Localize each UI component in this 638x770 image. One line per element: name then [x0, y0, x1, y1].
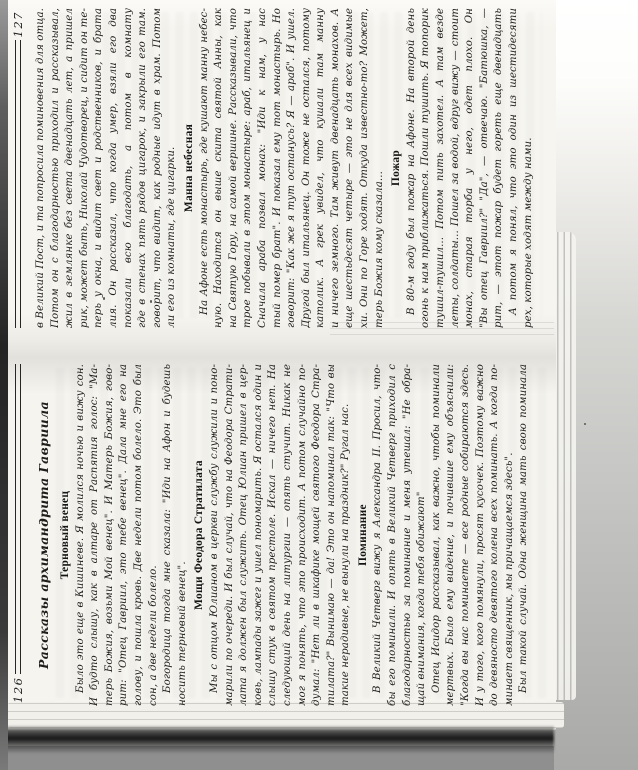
text-line: терь Божия, возьми Мой венец". И Матерь … [103, 364, 118, 706]
text-line: сон, а две недели болело. [147, 364, 162, 706]
text-line: мог я понять, что это происходит. А пото… [296, 364, 311, 706]
text-line: лия. Он рассказал, что когда умер, взяли… [107, 8, 122, 328]
text-line: Богородица тогда мне сказала: "Иди на Аф… [161, 364, 176, 706]
section-heading: Поминание [356, 364, 371, 706]
text-line: рит, — этот пожар будет гореть еще двена… [492, 8, 507, 328]
text-line: терь Божия кому сказала... [373, 8, 388, 328]
text-line: марили по очереди. И был случай, что на … [223, 364, 238, 706]
text-line: Другой был итальянец. Он тоже не остался… [300, 8, 315, 328]
text-line: рит: "Отец Гавриил, это тебе венец". Дал… [117, 364, 132, 706]
text-line: Был такой случай. Одна женщина мать свою… [517, 364, 532, 706]
text-line: до девяносто девятого колена всех помина… [488, 364, 503, 706]
text-line: в Великий Пост, и та попросила поминовен… [34, 8, 49, 328]
page-126: 126Рассказы архимандрита ГавриилаТерновы… [10, 364, 532, 706]
book-spread: 126Рассказы архимандрита ГавриилаТерновы… [0, 0, 638, 770]
text-line: И будто слышу, как в алтаре от Распятия … [88, 364, 103, 706]
section-heading: Мощи Феодора Стратилата [192, 364, 207, 706]
text-line: ную. Находится он выше скита святой Анны… [212, 8, 227, 328]
section-heading: Терновый венец [58, 364, 73, 706]
text-line: монах, старая торба у него, одет плохо. … [463, 8, 478, 328]
page-127: 127в Великий Пост, и та попросила помино… [10, 8, 536, 328]
text-line: лата я должен был служить. Отец Юлиан пр… [237, 364, 252, 706]
text-line: леты, солдаты... Пошел за водой, вдруг в… [449, 8, 464, 328]
text-line: хи. Они по Горе ходят. Откуда известно-т… [358, 8, 373, 328]
page-number: 127 [11, 8, 25, 40]
text-line: на Святую Гору, на самой вершине. Расска… [227, 8, 242, 328]
page-header-row: 126 [10, 364, 26, 706]
text-line: еще шестьдесят четыре — это не для всех … [343, 8, 358, 328]
text-line: благодарностью за поминание и меня утеша… [401, 364, 416, 706]
book-edge-shadow [4, 726, 554, 754]
text-line: рик, может быть, Николай Чудотворец, и с… [78, 8, 93, 328]
text-line: ли его из комнаты, где цигарки. [165, 8, 180, 328]
text-line: Сначала араба позвал монах: "Иди к нам, … [256, 8, 271, 328]
text-line: рех, которые ходят между нами. [522, 8, 537, 328]
page-number: 126 [11, 674, 25, 706]
section-heading: Пожар [389, 8, 404, 328]
text-line: такие нерадивые, не вынули на праздник?"… [339, 364, 354, 706]
text-line: носить терновый венец". [176, 364, 191, 706]
text-line: трое побывали в этом монастыре: араб, ит… [241, 8, 256, 328]
text-line: В Великий Четверг вижу я Александра II. … [371, 364, 386, 706]
header-double-rule [15, 40, 21, 328]
text-line: В 80-м году был пожар на Афоне. На второ… [405, 8, 420, 328]
text-line: тый помер брат". И показал ему тот монас… [271, 8, 286, 328]
text-line: щай внимания, когда тебя обижают" [415, 364, 430, 706]
text-line: следующий день на литургии — опять стучи… [281, 364, 296, 706]
page-header-row: 127 [10, 8, 26, 328]
text-line: католик. А грек увидел, что кушали там м… [314, 8, 329, 328]
text-line: На Афоне есть монастырь, где кушают манн… [198, 8, 213, 328]
text-line: говорит: "Как же я тут останусь? Я — ара… [285, 8, 300, 328]
text-line: Мы с отцом Юлианом в церкви службу служи… [208, 364, 223, 706]
section-heading: Манна небесная [182, 8, 197, 328]
text-line: минает священник, мы причащаемся здесь". [503, 364, 518, 706]
text-line: мертвых. Было ему видение, и почившие ем… [444, 364, 459, 706]
text-line: огонь к нам приближаться. Пошли тушить. … [419, 8, 434, 328]
text-line: говорит, что видит, как родные идут в хр… [151, 8, 166, 328]
text-line: тушил-тушил... Потом пить захотел. А там… [434, 8, 449, 328]
text-line: показали всю благодать, а потом в комнат… [122, 8, 137, 328]
scanned-book-photo: 126Рассказы архимандрита ГавриилаТерновы… [0, 0, 638, 770]
text-line: Было это еще в Кишиневе. Я молился ночью… [74, 364, 89, 706]
text-line: "Вы отец Гавриил?" "Да", — отвечаю. "Бат… [478, 8, 493, 328]
text-line: Отец Исидор рассказывал, как важно, чтоб… [430, 364, 445, 706]
text-line: ковь, лампады зажег и ушел пономарить. Я… [252, 364, 267, 706]
scan-edge-bar [0, 0, 8, 770]
text-line: И у того, кого помянули, просят кусочек.… [474, 364, 489, 706]
text-line: думал: "Нет ли в шкафике мощей святого Ф… [310, 364, 325, 706]
text-line: где в стенах пять рядов цигарок, и закры… [136, 8, 151, 328]
text-line: и ничего земного. Там живут двенадцать м… [329, 8, 344, 328]
text-line: голову, и пошла кровь. Две недели потом … [132, 364, 147, 706]
text-line: "Когда вы нас поминаете — все родные соб… [459, 364, 474, 706]
text-line: Потом он с благодарностью приходил и рас… [49, 8, 64, 328]
scan-speck [584, 423, 586, 425]
header-double-rule [15, 364, 21, 674]
book-title: Рассказы архимандрита Гавриила [34, 364, 56, 706]
text-line: слышу стук в святом престоле. Искал — ни… [266, 364, 281, 706]
text-line: перь у окна, и видит свет и родственнико… [92, 8, 107, 328]
text-line: жил в землянке без света двенадцать лет,… [63, 8, 78, 328]
text-line: бы его поминали. И опять в Великий Четве… [386, 364, 401, 706]
text-line: тилата?" Вынимаю — да! Это он напоминал … [325, 364, 340, 706]
text-line: А потом я понял, что это один из шестиде… [507, 8, 522, 328]
